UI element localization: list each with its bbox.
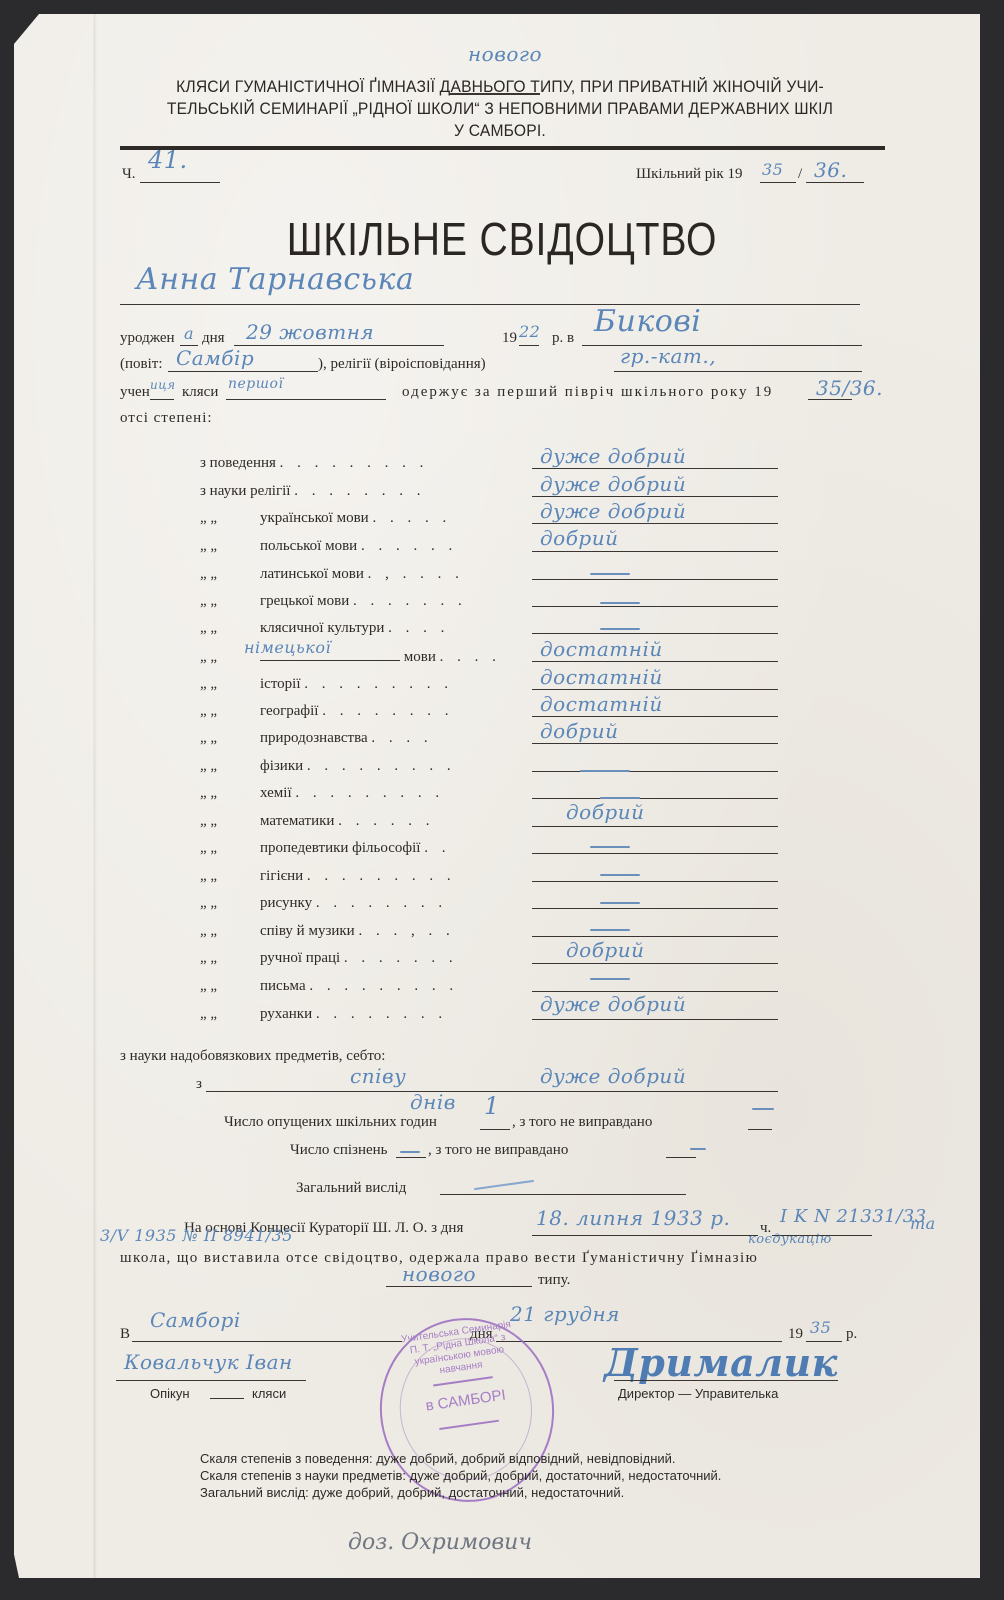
pencil-note: доз. Охримович: [348, 1530, 532, 1555]
concession-num-value: I K N 21331/33: [780, 1206, 927, 1227]
subject-name: руханки: [260, 1006, 312, 1022]
subject-name: географії: [260, 703, 318, 719]
grade-row-label: „ „латинської мови . , . . . .: [200, 566, 464, 583]
grade-row-label: „ „фізики . . . . . . . . .: [200, 758, 456, 775]
gymnasium-type: нового: [402, 1262, 476, 1286]
grade-value: добрий: [540, 526, 780, 550]
guardian-class-line: [210, 1398, 244, 1399]
late-unexcused-dash: [690, 1148, 706, 1150]
optional-subject: співу: [350, 1064, 406, 1088]
missed-hours-line: [480, 1129, 510, 1130]
grade-dash: [600, 602, 640, 604]
grade-row-label: „ „руханки . . . . . . . .: [200, 1006, 447, 1023]
late-unexcused-line: [666, 1157, 696, 1158]
guardian-label-b: кляси: [252, 1386, 286, 1401]
number-line: [140, 182, 220, 183]
ditto-marks: „ „: [200, 593, 230, 610]
grade-row-label: з науки релігії . . . . . . . .: [200, 483, 425, 500]
receives-year: 35/36.: [816, 376, 883, 400]
county-label: (повіт:: [120, 356, 163, 373]
director-label: Директор — Управителька: [618, 1386, 778, 1401]
grade-value: дуже добрий: [540, 992, 780, 1016]
city-line: [132, 1341, 402, 1342]
ditto-marks: „ „: [200, 895, 230, 912]
student-name: Анна Тарнавська: [136, 262, 414, 297]
birth-date-line: [234, 345, 444, 346]
subject-name: співу й музики: [260, 923, 355, 939]
scale-subjects: Скаля степенів з науки предметів: дуже д…: [200, 1467, 721, 1484]
signing-year: 35: [810, 1318, 831, 1337]
day-label: дня: [202, 330, 225, 347]
subject-name: природознавства: [260, 730, 368, 746]
grade-row-label: „ „пропедевтики фільософії . .: [200, 840, 450, 857]
subject-name: пропедевтики фільософії: [260, 840, 420, 856]
grade-line: [532, 523, 778, 524]
class-value: першої: [228, 376, 283, 392]
grade-value: достатній: [540, 637, 780, 661]
subject-name: математики: [260, 813, 334, 829]
grade-value: добрий: [566, 800, 806, 824]
missed-unexcused-dash: [752, 1108, 774, 1110]
grade-value: добрий: [566, 938, 806, 962]
birth-place: Бикові: [594, 304, 701, 339]
grade-value: добрий: [540, 719, 780, 743]
strike-through-davnoho: [450, 93, 540, 95]
missed-hours-label: Число опущених шкільних годин: [224, 1114, 437, 1131]
ditto-marks: „ „: [200, 785, 230, 802]
late-dash: [400, 1151, 420, 1153]
student-suffix-line: [150, 399, 174, 400]
ditto-marks: „ „: [200, 868, 230, 885]
grade-line: [532, 496, 778, 497]
subject-name: ручної праці: [260, 950, 340, 966]
grade-line: [532, 689, 778, 690]
grade-row-label: „ „клясичної культури . . . .: [200, 620, 449, 637]
subject-name: письма: [260, 978, 306, 994]
gymnasium-type-line: [386, 1286, 532, 1287]
grade-line: [532, 936, 778, 937]
grade-row-label: „ „природознавства . . . .: [200, 730, 433, 747]
ditto-marks: „ „: [200, 950, 230, 967]
grade-line: [532, 606, 778, 607]
grade-line: [532, 551, 778, 552]
grade-line: [532, 771, 778, 772]
ditto-marks: „ „: [200, 703, 230, 720]
grade-row-label: „ „математики . . . . . .: [200, 813, 434, 830]
subject-name: клясичної культури: [260, 620, 384, 636]
gymnasium-type-label: типу.: [538, 1272, 570, 1289]
class-label: кляси: [182, 384, 218, 401]
grade-row-label: „ „гігієни . . . . . . . . .: [200, 868, 456, 885]
guardian-signature-line: [116, 1380, 306, 1381]
ditto-marks: „ „: [200, 566, 230, 583]
religion-line: [614, 371, 862, 372]
subject-name: з поведення: [200, 455, 276, 471]
subject-name: рисунку: [260, 895, 312, 911]
grade-row-label: „ „української мови . . . . .: [200, 510, 451, 527]
ditto-marks: „ „: [200, 649, 230, 666]
name-line: [120, 304, 860, 305]
grade-row-label: „ „співу й музики . . . , . .: [200, 923, 455, 940]
grade-dash: [590, 846, 630, 848]
grade-line: [532, 963, 778, 964]
grade-value: достатній: [540, 692, 780, 716]
grade-row-label: „ „ручної праці . . . . . . .: [200, 950, 458, 967]
scale-behavior: Скаля степенів з поведення: дуже добрий,…: [200, 1450, 676, 1467]
number-label: Ч.: [122, 166, 136, 183]
document-title: ШКІЛЬНЕ СВІДОЦТВО: [75, 212, 928, 266]
receives-text: одержує за перший півріч шкільного року …: [402, 384, 773, 401]
grade-row-label: „ „хемії . . . . . . . . .: [200, 785, 444, 802]
ditto-marks: „ „: [200, 730, 230, 747]
concession-left-note: 3/V 1935 № II 8941/35: [100, 1226, 293, 1245]
grade-dash: [590, 573, 630, 575]
subject-name: польської мови: [260, 538, 357, 554]
birth-year-line: [519, 345, 539, 346]
ditto-marks: „ „: [200, 813, 230, 830]
subject-name: фізики: [260, 758, 303, 774]
concession-num-suffix: та: [910, 1214, 936, 1233]
header-rule: [120, 146, 885, 150]
subject-name: грецької мови: [260, 593, 349, 609]
religion-value: гр.-кат.,: [620, 344, 716, 368]
subject-name: мови: [404, 649, 436, 665]
overall-line: [440, 1194, 686, 1195]
city-value: Самборі: [150, 1308, 241, 1332]
late-unexcused-label: , з того не виправдано: [428, 1142, 568, 1159]
missed-unexcused-label: , з того не виправдано: [512, 1114, 652, 1131]
concession-date: 18. липня 1933 р.: [536, 1206, 730, 1230]
birth-date: 29 жовтня: [246, 320, 374, 344]
class-line: [226, 399, 386, 400]
late-label: Число спізнень: [290, 1142, 388, 1159]
grade-line: [532, 661, 778, 662]
grades-intro: отсі степені:: [120, 410, 213, 427]
missed-hours-value: 1: [484, 1092, 500, 1120]
grade-line: [532, 908, 778, 909]
grade-line: [532, 881, 778, 882]
overall-label: Загальний вислід: [296, 1180, 406, 1197]
late-line: [396, 1157, 426, 1158]
grade-value: дуже добрий: [540, 444, 780, 468]
grade-row-label: „ „польської мови . . . . . .: [200, 538, 457, 555]
grade-row-label: „ „письма . . . . . . . . .: [200, 978, 458, 995]
grade-line: [532, 743, 778, 744]
grade-line: [532, 633, 778, 634]
grade-line: [532, 716, 778, 717]
birth-year: 22: [519, 322, 540, 341]
grade-line: [532, 798, 778, 799]
language-insert: німецької: [244, 638, 331, 657]
grade-line: [532, 826, 778, 827]
optional-grade: дуже добрий: [540, 1064, 686, 1088]
student-label: учен: [120, 384, 150, 401]
ditto-marks: „ „: [200, 840, 230, 857]
grade-row-label: „ „рисунку . . . . . . . .: [200, 895, 447, 912]
number-value: 41.: [148, 146, 188, 174]
grade-dash: [590, 978, 630, 980]
ditto-marks: „ „: [200, 758, 230, 775]
grade-value: дуже добрий: [540, 472, 780, 496]
director-signature-line: [614, 1380, 838, 1381]
birth-year-prefix: 19: [502, 330, 517, 347]
school-year-to-line: [806, 182, 864, 183]
grade-dash: [590, 929, 630, 931]
ditto-marks: „ „: [200, 923, 230, 940]
ditto-marks: „ „: [200, 676, 230, 693]
subject-name: історії: [260, 676, 301, 692]
school-year-from: 35: [762, 160, 783, 179]
grade-value: достатній: [540, 665, 780, 689]
grade-dash: [600, 874, 640, 876]
ditto-marks: „ „: [200, 978, 230, 995]
missed-unexcused-line: [748, 1129, 772, 1130]
grade-dash: [600, 902, 640, 904]
grade-line: [532, 579, 778, 580]
county-line: [168, 371, 318, 372]
optional-z-label: з: [196, 1076, 202, 1093]
school-year-from-line: [760, 182, 796, 183]
guardian-signature: Ковальчук Іван: [124, 1350, 293, 1374]
optional-subjects-label: з науки надобовязкових предметів, себто:: [120, 1048, 385, 1065]
guardian-label-a: Опікун: [150, 1386, 190, 1401]
religion-label: ), релігії (віроісповідання): [318, 356, 486, 373]
missed-insert: днів: [410, 1090, 456, 1114]
in-label: В: [120, 1326, 130, 1343]
subject-name: латинської мови: [260, 566, 364, 582]
subject-name: української мови: [260, 510, 369, 526]
grade-dash: [600, 797, 640, 799]
grade-dash: [580, 770, 630, 772]
grade-row-label: „ „географії . . . . . . . .: [200, 703, 453, 720]
ditto-marks: „ „: [200, 538, 230, 555]
koedukacia-note: коєдукацію: [748, 1232, 832, 1247]
student-suffix: иця: [150, 378, 176, 392]
school-year-to: 36.: [814, 158, 847, 182]
grade-line: [532, 1019, 778, 1020]
school-year-label: Шкільний рік 19: [636, 166, 742, 183]
school-year-sep: /: [798, 166, 802, 183]
concession-date-line: [532, 1235, 758, 1236]
ditto-marks: „ „: [200, 620, 230, 637]
born-suffix: а: [184, 324, 194, 343]
county-value: Самбір: [176, 346, 254, 370]
grade-line: [532, 853, 778, 854]
scale-overall: Загальний вислід: дуже добрий, добрий, д…: [200, 1484, 624, 1501]
signing-year-suffix: р.: [846, 1326, 857, 1343]
grade-dash: [600, 628, 640, 630]
born-label: уроджен: [120, 330, 175, 347]
ditto-marks: „ „: [200, 1006, 230, 1023]
header-line-3: У САМБОРІ.: [150, 120, 849, 142]
grade-row-label: „ „грецької мови . . . . . . .: [200, 593, 467, 610]
handwritten-insert-novoho: нового: [468, 42, 542, 66]
ditto-marks: „ „: [200, 510, 230, 527]
subject-name: хемії: [260, 785, 292, 801]
place-label: р. в: [552, 330, 574, 347]
subject-name: гігієни: [260, 868, 303, 884]
grade-row-label: „ „історії . . . . . . . . .: [200, 676, 453, 693]
header-line-2: ТЕЛЬСЬКІЙ СЕМИНАРІЇ „РІДНОЇ ШКОЛИ“ З НЕП…: [150, 98, 849, 120]
subject-name: з науки релігії: [200, 483, 290, 499]
grade-line: [532, 468, 778, 469]
director-signature: Дрималик: [604, 1340, 838, 1385]
grade-value: дуже добрий: [540, 499, 780, 523]
grade-row-label: з поведення . . . . . . . . .: [200, 455, 428, 472]
